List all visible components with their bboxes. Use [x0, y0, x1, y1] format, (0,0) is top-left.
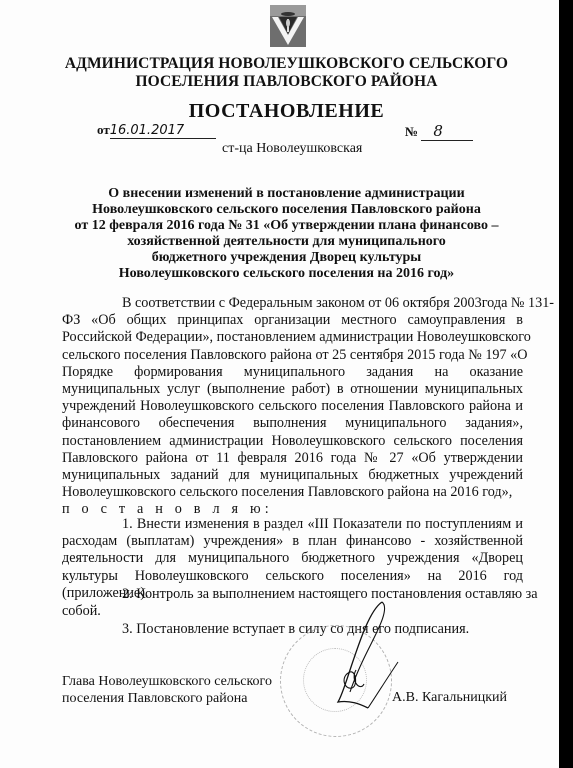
text-line: финансового обеспечения выполнения муниц… [62, 415, 523, 432]
text-line: муниципальных заданий для муниципальных … [62, 467, 523, 484]
position-line: Глава Новолеушковского сельского [62, 673, 272, 690]
coat-of-arms-emblem [270, 5, 306, 47]
date-prefix: от [97, 122, 110, 137]
subject-line: от 12 февраля 2016 года № 31 «Об утвержд… [0, 218, 573, 234]
position-line: поселения Павловского района [62, 690, 272, 707]
text-line: деятельности для муниципального бюджетно… [62, 550, 523, 567]
text-line: муниципальных услуг (выполнение работ) в… [62, 381, 523, 398]
number-prefix: № [405, 124, 418, 139]
text-line: ФЗ «Об общих принципах организации местн… [62, 312, 523, 329]
handwritten-date: 16.01.2017 [110, 123, 216, 139]
text-line: В соответствии с Федеральным законом от … [62, 295, 523, 312]
text-line: Российской Федерации», постановлением ад… [62, 329, 523, 346]
signatory-name: А.В. Кагальницкий [392, 690, 507, 706]
text-line: учреждений Новолеушковского сельского по… [62, 398, 523, 415]
subject-line: О внесении изменений в постановление адм… [0, 186, 573, 202]
text-line: Новолеушковского сельского поселения Пав… [62, 484, 523, 501]
text-line: 2. Контроль за выполнением настоящего по… [62, 586, 523, 603]
document-subject: О внесении изменений в постановление адм… [0, 186, 573, 282]
text-line: 3. Постановление вступает в силу со дня … [62, 621, 523, 638]
document-type-title: ПОСТАНОВЛЕНИЕ [0, 100, 573, 123]
subject-line: Новолеушковского сельского поселения на … [0, 266, 573, 282]
organization-name-line1: АДМИНИСТРАЦИЯ НОВОЛЕУШКОВСКОГО СЕЛЬСКОГО [0, 55, 573, 73]
place-of-issue: ст-ца Новолеушковская [222, 141, 362, 157]
text-line: культуры Новолеушковского сельского посе… [62, 568, 523, 585]
handwritten-signature [320, 600, 400, 720]
subject-line: бюджетного учреждения Дворец культуры [0, 250, 573, 266]
text-line: 1. Внести изменения в раздел «III Показа… [62, 516, 523, 533]
text-line: собой. [62, 603, 523, 620]
item-3-paragraph: 3. Постановление вступает в силу со дня … [62, 621, 523, 638]
text-line: сельского поселения Павловского района о… [62, 347, 523, 364]
item-2-paragraph: 2. Контроль за выполнением настоящего по… [62, 586, 523, 620]
text-line: расходам (выплатам) учреждения» в план ф… [62, 533, 523, 550]
signatory-position: Глава Новолеушковского сельского поселен… [62, 673, 272, 707]
text-line: Павловского района от 11 февраля 2016 го… [62, 450, 523, 467]
handwritten-number: 8 [421, 122, 473, 141]
text-line: Порядке формирования муниципального зада… [62, 364, 523, 381]
scan-edge-bar [559, 0, 573, 768]
preamble-paragraph: В соответствии с Федеральным законом от … [62, 295, 523, 518]
subject-line: хозяйственной деятельности для муниципал… [0, 234, 573, 250]
document-number: № 8 [405, 122, 473, 141]
organization-name-line2: ПОСЕЛЕНИЯ ПАВЛОВСКОГО РАЙОНА [0, 73, 573, 91]
document-date: от16.01.2017 [97, 122, 216, 139]
document-page: АДМИНИСТРАЦИЯ НОВОЛЕУШКОВСКОГО СЕЛЬСКОГО… [0, 0, 559, 768]
subject-line: Новолеушковского сельского поселения Пав… [0, 202, 573, 218]
text-line: постановлением администрации Новолеушков… [62, 433, 523, 450]
